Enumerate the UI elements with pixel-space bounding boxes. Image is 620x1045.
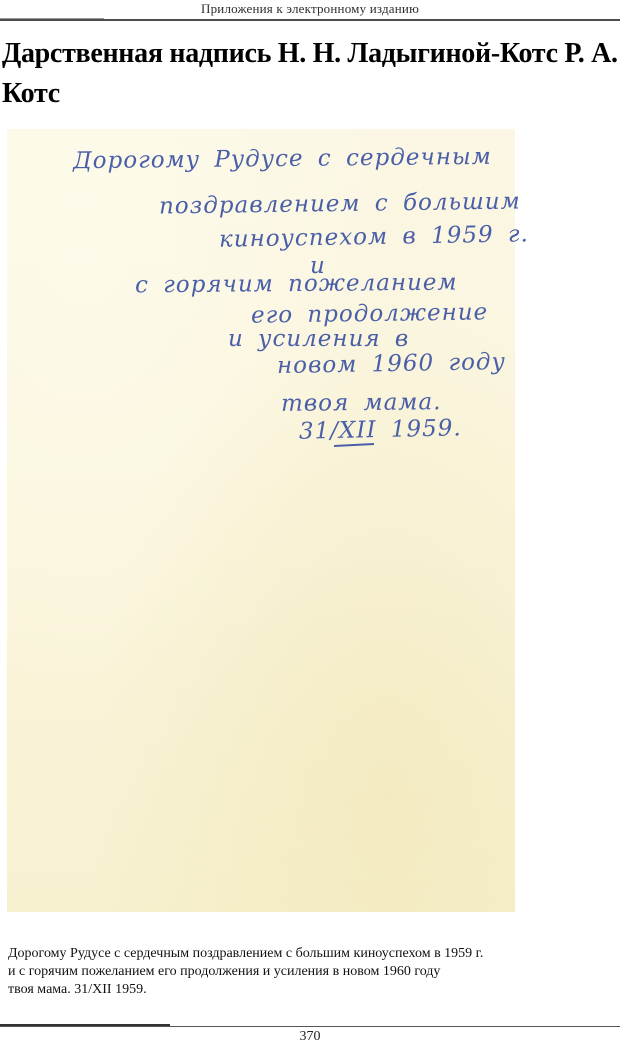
handwriting-line: и усиления в bbox=[228, 326, 409, 352]
figure-caption-line-3: твоя мама. 31/XII 1959. bbox=[8, 981, 483, 999]
header-rule bbox=[0, 19, 620, 21]
figure-caption: Дорогому Рудусе с сердечным поздравление… bbox=[8, 945, 483, 999]
handwriting-line: новом 1960 году bbox=[277, 349, 506, 379]
handwriting-line: поздравлением с большим bbox=[159, 188, 521, 219]
figure-caption-line-2: и с горячим пожеланием его продолжения и… bbox=[8, 963, 483, 981]
handwritten-dedication-scan: Дорогому Рудусе с сердечным поздравление… bbox=[7, 129, 515, 912]
handwriting-line: Дорогому Рудусе с сердечным bbox=[73, 144, 492, 174]
page-title: Дарственная надпись Н. Н. Ладыгиной-Котс… bbox=[2, 34, 620, 114]
figure-caption-line-1: Дорогому Рудусе с сердечным поздравление… bbox=[8, 945, 483, 963]
handwriting-line: твоя мама. bbox=[281, 389, 442, 417]
handwriting-line: его продолжение bbox=[251, 299, 489, 328]
handwriting-line: киноуспехом в 1959 г. bbox=[219, 221, 529, 252]
running-header: Приложения к электронному изданию bbox=[0, 1, 620, 17]
page-title-line-1: Дарственная надпись Н. Н. Ладыгиной-Котс… bbox=[2, 34, 620, 74]
book-page: Приложения к электронному изданию Дарств… bbox=[0, 0, 620, 1045]
handwriting-line: с горячим пожеланием bbox=[135, 270, 458, 299]
handwriting-line: 31/XII 1959. bbox=[299, 415, 462, 444]
footer-rule bbox=[0, 1026, 620, 1027]
page-number: 370 bbox=[0, 1029, 620, 1045]
page-title-line-2: Котс bbox=[2, 74, 620, 114]
